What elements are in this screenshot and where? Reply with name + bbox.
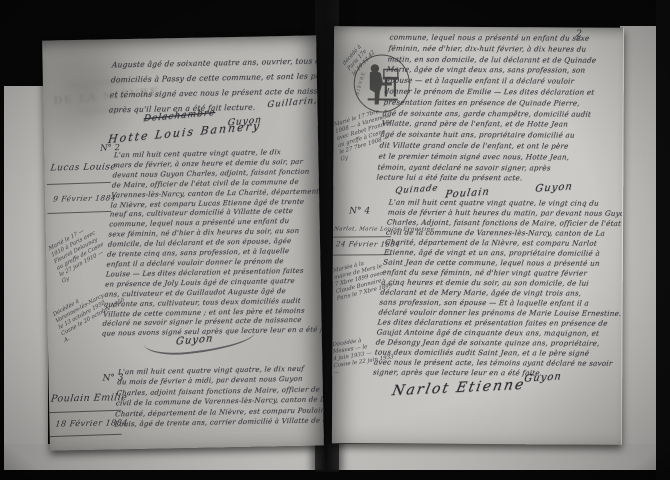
manuscript-line: féminin, née d'hier, dix-huit février, à… xyxy=(388,43,599,55)
left-page: DE LA NIÈVRE Auguste âgé de soixante qua… xyxy=(42,35,324,450)
register-scan-photo: DE LA NIÈVRE Auguste âgé de soixante qua… xyxy=(0,0,670,480)
signature-narlot-etienne: Narlot Etienne xyxy=(391,377,527,399)
act-4-text: L'an mil huit cent quatre vingt quatre, … xyxy=(373,198,625,379)
margin-rule xyxy=(49,410,121,413)
act-2-text: L'an mil huit cent quatre vingt quatre, … xyxy=(101,147,324,340)
act-3-text: L'an mil huit cent quatre vingt quatre, … xyxy=(114,363,324,430)
act-2-margin-date: 9 Février 1884 xyxy=(53,193,117,203)
signature-guyon: Guyon xyxy=(534,181,573,195)
photo-right-edge xyxy=(656,0,670,480)
manuscript-line: dit Villatte grand oncle de l'enfant, et… xyxy=(379,140,590,152)
margin-rule xyxy=(47,211,111,214)
scanner-bed-right xyxy=(620,26,656,468)
act-3-continuation-text: commune, lequel nous a présenté un enfan… xyxy=(376,33,600,185)
manuscript-line: et le premier témoin signé avec nous, Ho… xyxy=(378,151,589,163)
right-page: 2 décédé àParis 17ele 19.12.42 NIÈVRE Ma… xyxy=(332,26,624,445)
signature-quinade: Quinade xyxy=(395,183,440,196)
manuscript-line: donner le prénom de Emilie — Les dites d… xyxy=(384,86,595,98)
marginal-note-marriage: Marié le 17 —1910 à Paris avecFleurot De… xyxy=(48,222,110,285)
margin-rule xyxy=(333,236,391,238)
act-4-margin-number: N° 4 xyxy=(349,206,370,216)
manuscript-line: présentation faites en présence de Quina… xyxy=(383,97,594,109)
act-2-margin-name: Lucas Louise xyxy=(50,162,117,173)
manuscript-line: signer, après que lecture leur en a été … xyxy=(373,367,617,378)
scanner-bed-left xyxy=(4,86,48,468)
signature-guyon: Guyon xyxy=(523,371,562,385)
margin-rule xyxy=(47,182,111,185)
manuscript-line: commune, lequel nous a présenté un enfan… xyxy=(389,33,600,45)
signature-hotte-louis: Hotte Louis Bannery xyxy=(107,119,262,146)
margin-rule xyxy=(50,434,122,437)
